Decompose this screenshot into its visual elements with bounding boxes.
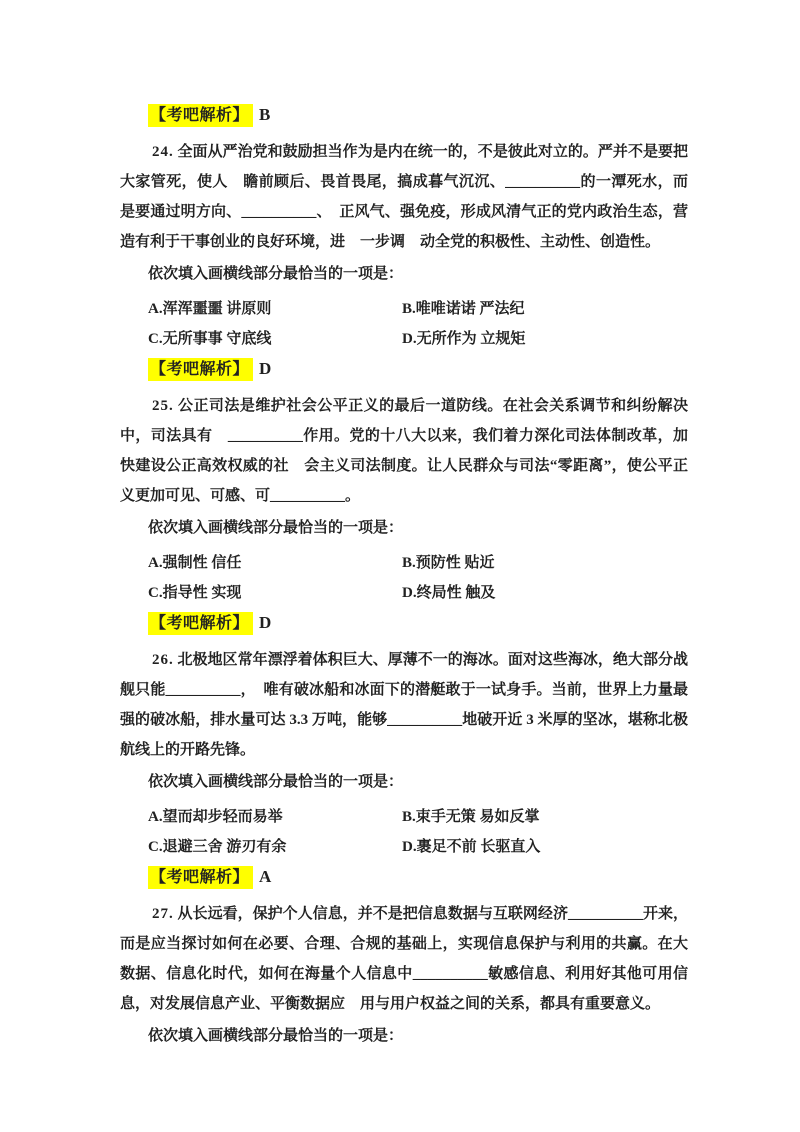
answer-marker-label: 【考吧解析】 (150, 869, 249, 886)
prompt-line: 依次填入画横线部分最恰当的一项是： (148, 767, 688, 797)
options-grid: A.望而却步轻而易举 B.束手无策 易如反掌 C.退避三舍 游刃有余 D.裹足不… (120, 802, 688, 862)
option-item: B.束手无策 易如反掌 (402, 802, 688, 832)
answer-marker-highlight: 【考吧解析】 (148, 866, 253, 889)
answer-marker-highlight: 【考吧解析】 (148, 104, 253, 127)
answer-marker: 【考吧解析】A (148, 862, 688, 893)
option-item: D.终局性 触及 (402, 578, 688, 608)
answer-marker-highlight: 【考吧解析】 (148, 612, 253, 635)
answer-letter: B (259, 105, 270, 124)
document-page: 【考吧解析】B 24. 全面从严治党和鼓励担当作为是内在统一的，不是彼此对立的。… (0, 0, 800, 1132)
answer-letter: D (259, 359, 271, 378)
prompt-line: 依次填入画横线部分最恰当的一项是： (148, 513, 688, 543)
answer-marker: 【考吧解析】B (148, 100, 688, 131)
prompt-line: 依次填入画横线部分最恰当的一项是： (148, 259, 688, 289)
question-text: 从长远看，保护个人信息，并不是把信息数据与互联网经济__________开来，而… (120, 906, 688, 1012)
document-content: 【考吧解析】B 24. 全面从严治党和鼓励担当作为是内在统一的，不是彼此对立的。… (120, 100, 688, 1056)
option-item: B.预防性 贴近 (402, 548, 688, 578)
option-item: B.唯唯诺诺 严法纪 (402, 294, 688, 324)
answer-marker: 【考吧解析】D (148, 608, 688, 639)
answer-marker: 【考吧解析】D (148, 354, 688, 385)
option-item: D.无所作为 立规矩 (402, 324, 688, 354)
answer-marker-label: 【考吧解析】 (150, 361, 249, 378)
question-block: 27. 从长远看，保护个人信息，并不是把信息数据与互联网经济__________… (120, 899, 688, 1051)
answer-marker-highlight: 【考吧解析】 (148, 358, 253, 381)
option-item: C.指导性 实现 (148, 578, 402, 608)
answer-letter: A (259, 867, 271, 886)
question-number: 25. (152, 398, 174, 414)
question-text: 全面从严治党和鼓励担当作为是内在统一的，不是彼此对立的。严并不是要把大家管死，使… (120, 144, 688, 250)
question-paragraph: 27. 从长远看，保护个人信息，并不是把信息数据与互联网经济__________… (120, 899, 688, 1019)
option-item: D.裹足不前 长驱直入 (402, 832, 688, 862)
question-paragraph: 25. 公正司法是维护社会公平正义的最后一道防线。在社会关系调节和纠纷解决中，司… (120, 391, 688, 511)
question-text: 北极地区常年漂浮着体积巨大、厚薄不一的海冰。面对这些海冰，绝大部分战舰只能___… (120, 652, 688, 758)
question-paragraph: 24. 全面从严治党和鼓励担当作为是内在统一的，不是彼此对立的。严并不是要把大家… (120, 137, 688, 257)
option-item: A.望而却步轻而易举 (148, 802, 402, 832)
answer-letter: D (259, 613, 271, 632)
question-paragraph: 26. 北极地区常年漂浮着体积巨大、厚薄不一的海冰。面对这些海冰，绝大部分战舰只… (120, 645, 688, 765)
option-item: A.强制性 信任 (148, 548, 402, 578)
question-number: 24. (152, 144, 174, 160)
prompt-line: 依次填入画横线部分最恰当的一项是： (148, 1021, 688, 1051)
option-item: C.无所事事 守底线 (148, 324, 402, 354)
question-text: 公正司法是维护社会公平正义的最后一道防线。在社会关系调节和纠纷解决中，司法具有 … (120, 398, 688, 504)
question-number: 26. (152, 652, 174, 668)
option-item: C.退避三舍 游刃有余 (148, 832, 402, 862)
answer-marker-label: 【考吧解析】 (150, 107, 249, 124)
question-block: 26. 北极地区常年漂浮着体积巨大、厚薄不一的海冰。面对这些海冰，绝大部分战舰只… (120, 645, 688, 862)
option-item: A.浑浑噩噩 讲原则 (148, 294, 402, 324)
options-grid: A.强制性 信任 B.预防性 贴近 C.指导性 实现 D.终局性 触及 (120, 548, 688, 608)
options-grid: A.浑浑噩噩 讲原则 B.唯唯诺诺 严法纪 C.无所事事 守底线 D.无所作为 … (120, 294, 688, 354)
question-block: 25. 公正司法是维护社会公平正义的最后一道防线。在社会关系调节和纠纷解决中，司… (120, 391, 688, 608)
question-number: 27. (152, 906, 174, 922)
question-block: 24. 全面从严治党和鼓励担当作为是内在统一的，不是彼此对立的。严并不是要把大家… (120, 137, 688, 354)
answer-marker-label: 【考吧解析】 (150, 615, 249, 632)
